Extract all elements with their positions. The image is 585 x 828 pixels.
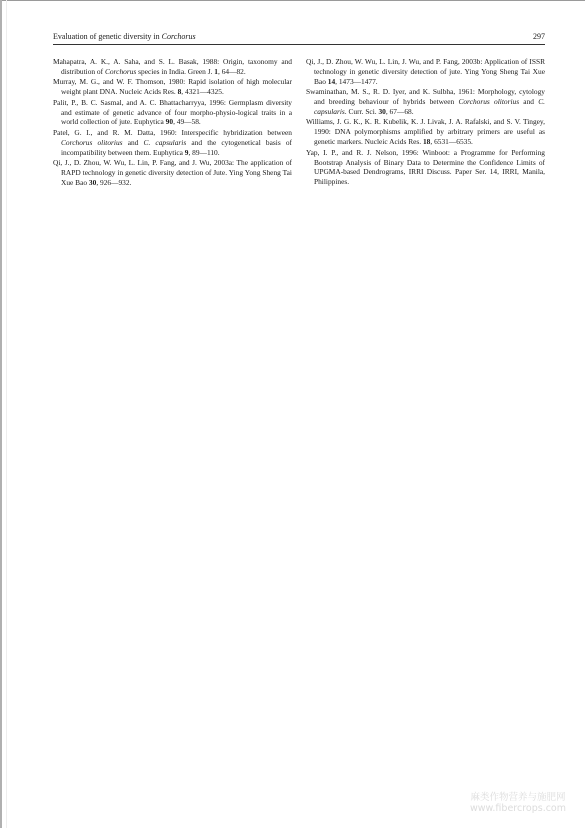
reference-murray-1980: Murray, M. G., and W. F. Thomson, 1980: … [53,77,292,97]
running-title-genus: Corchorus [162,32,196,41]
reference-swaminathan-1961: Swaminathan, M. S., R. D. Iyer, and K. S… [306,87,545,117]
reference-qi-2003b: Qi, J., D. Zhou, W. Wu, L. Lin, J. Wu, a… [306,57,545,87]
reference-yap-1996: Yap, I. P., and R. J. Nelson, 1996: Winb… [306,148,545,188]
watermark-url: www.fibercrops.com [458,803,578,814]
watermark: 麻类作物营养与施肥网 www.fibercrops.com [458,792,578,814]
reference-mahapatra-1988: Mahapatra, A. K., A. Saha, and S. L. Bas… [53,57,292,77]
references-left-column: Mahapatra, A. K., A. Saha, and S. L. Bas… [53,57,292,188]
page-number: 297 [533,32,545,42]
running-title: Evaluation of genetic diversity in Corch… [53,32,196,42]
page-border-top [0,0,585,1]
running-head: Evaluation of genetic diversity in Corch… [53,32,545,44]
reference-palit-1996: Palit, P., B. C. Sasmal, and A. C. Bhatt… [53,98,292,128]
reference-patel-1960: Patel, G. I., and R. M. Datta, 1960: Int… [53,128,292,158]
header-rule [53,44,545,45]
watermark-chinese: 麻类作物营养与施肥网 [458,792,578,803]
reference-williams-1990: Williams, J. G. K., K. R. Kubelik, K. J.… [306,117,545,147]
page-border-left [0,0,2,828]
reference-qi-2003a: Qi, J., D. Zhou, W. Wu, L. Lin, P. Fang,… [53,158,292,188]
page-border-left-inner [6,0,7,828]
references-right-column: Qi, J., D. Zhou, W. Wu, L. Lin, J. Wu, a… [306,57,545,188]
running-title-text: Evaluation of genetic diversity in [53,32,162,41]
